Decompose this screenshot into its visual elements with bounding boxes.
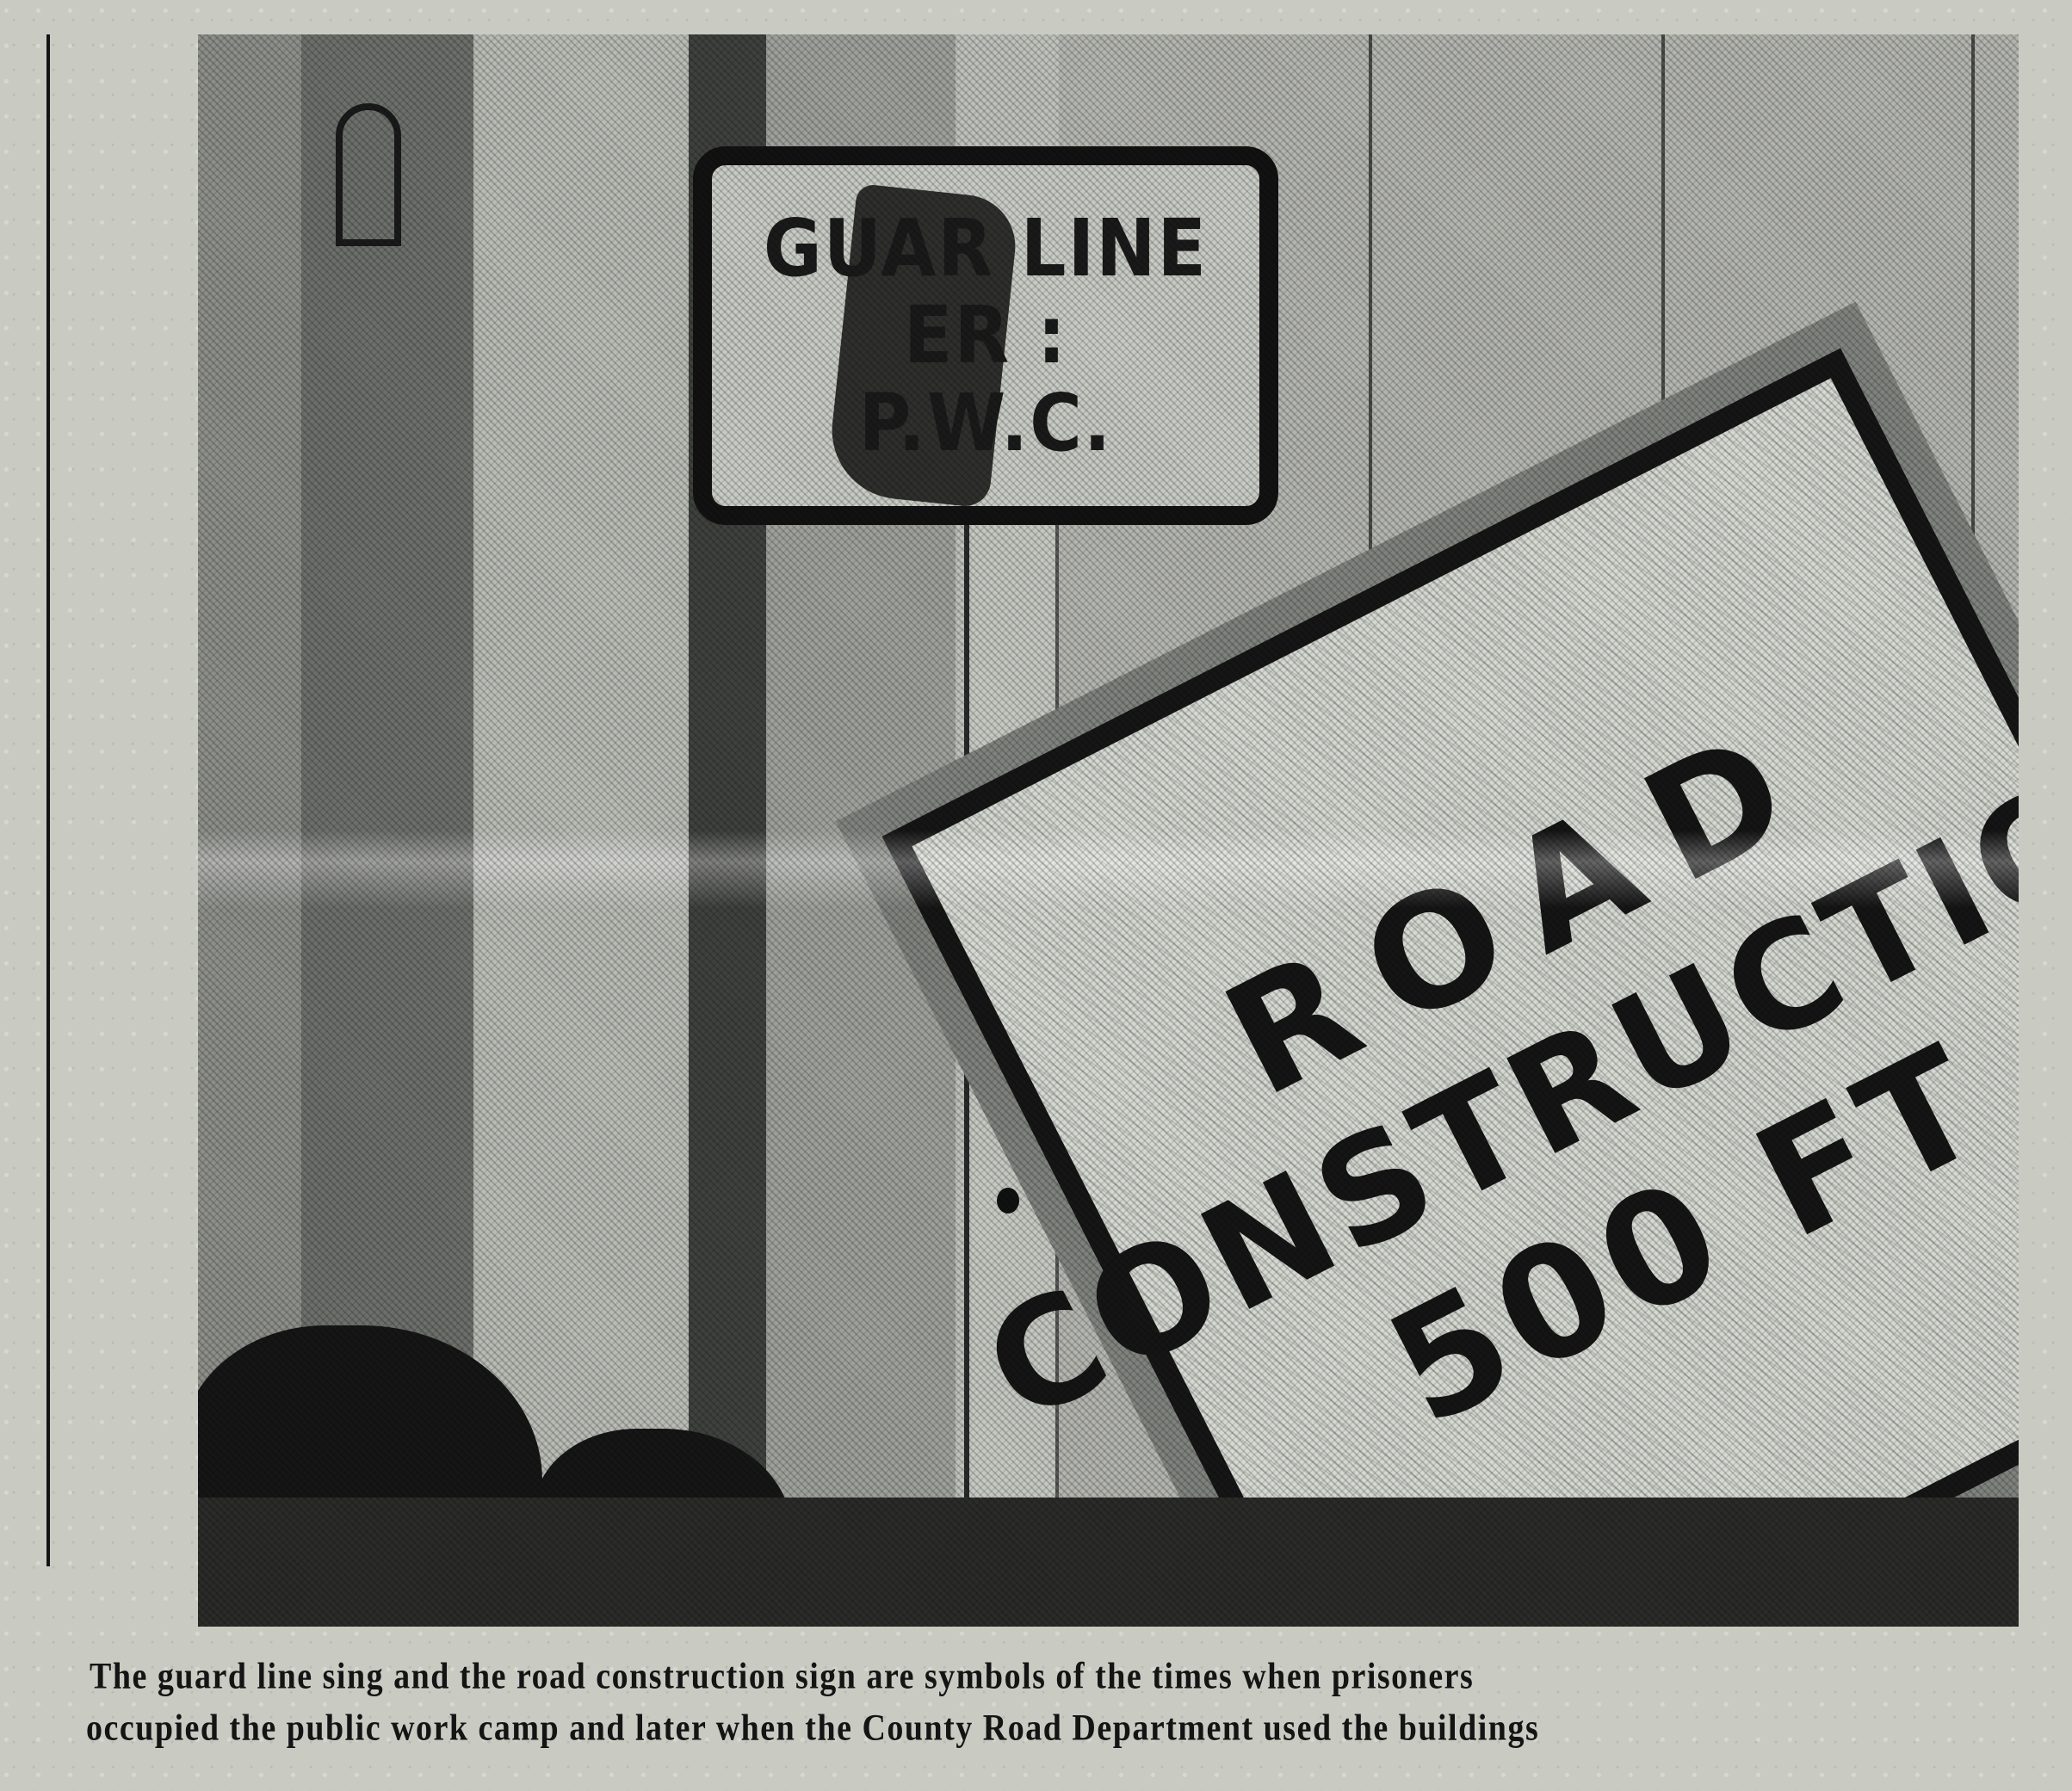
guard-sign-line-3: P.W.C. xyxy=(859,380,1113,466)
news-photo: ROAD CONSTRUCTION 500 FT GUAR LINE ER : … xyxy=(198,34,2019,1627)
guard-sign-line-2: ER : xyxy=(904,292,1067,379)
guard-line-sign: GUAR LINE ER : P.W.C. xyxy=(693,146,1278,525)
photo-caption: The guard line sing and the road constru… xyxy=(86,1651,2032,1754)
floor xyxy=(198,1498,2019,1627)
guard-sign-line-1: GUAR LINE xyxy=(764,205,1208,292)
column-rule xyxy=(46,34,50,1566)
bolt-hole xyxy=(997,1188,1019,1214)
caption-line-2: occupied the public work camp and later … xyxy=(86,1702,2032,1754)
caption-line-1: The guard line sing and the road constru… xyxy=(86,1651,2032,1702)
paper-fold xyxy=(198,831,2019,908)
hanging-rope xyxy=(336,103,401,246)
